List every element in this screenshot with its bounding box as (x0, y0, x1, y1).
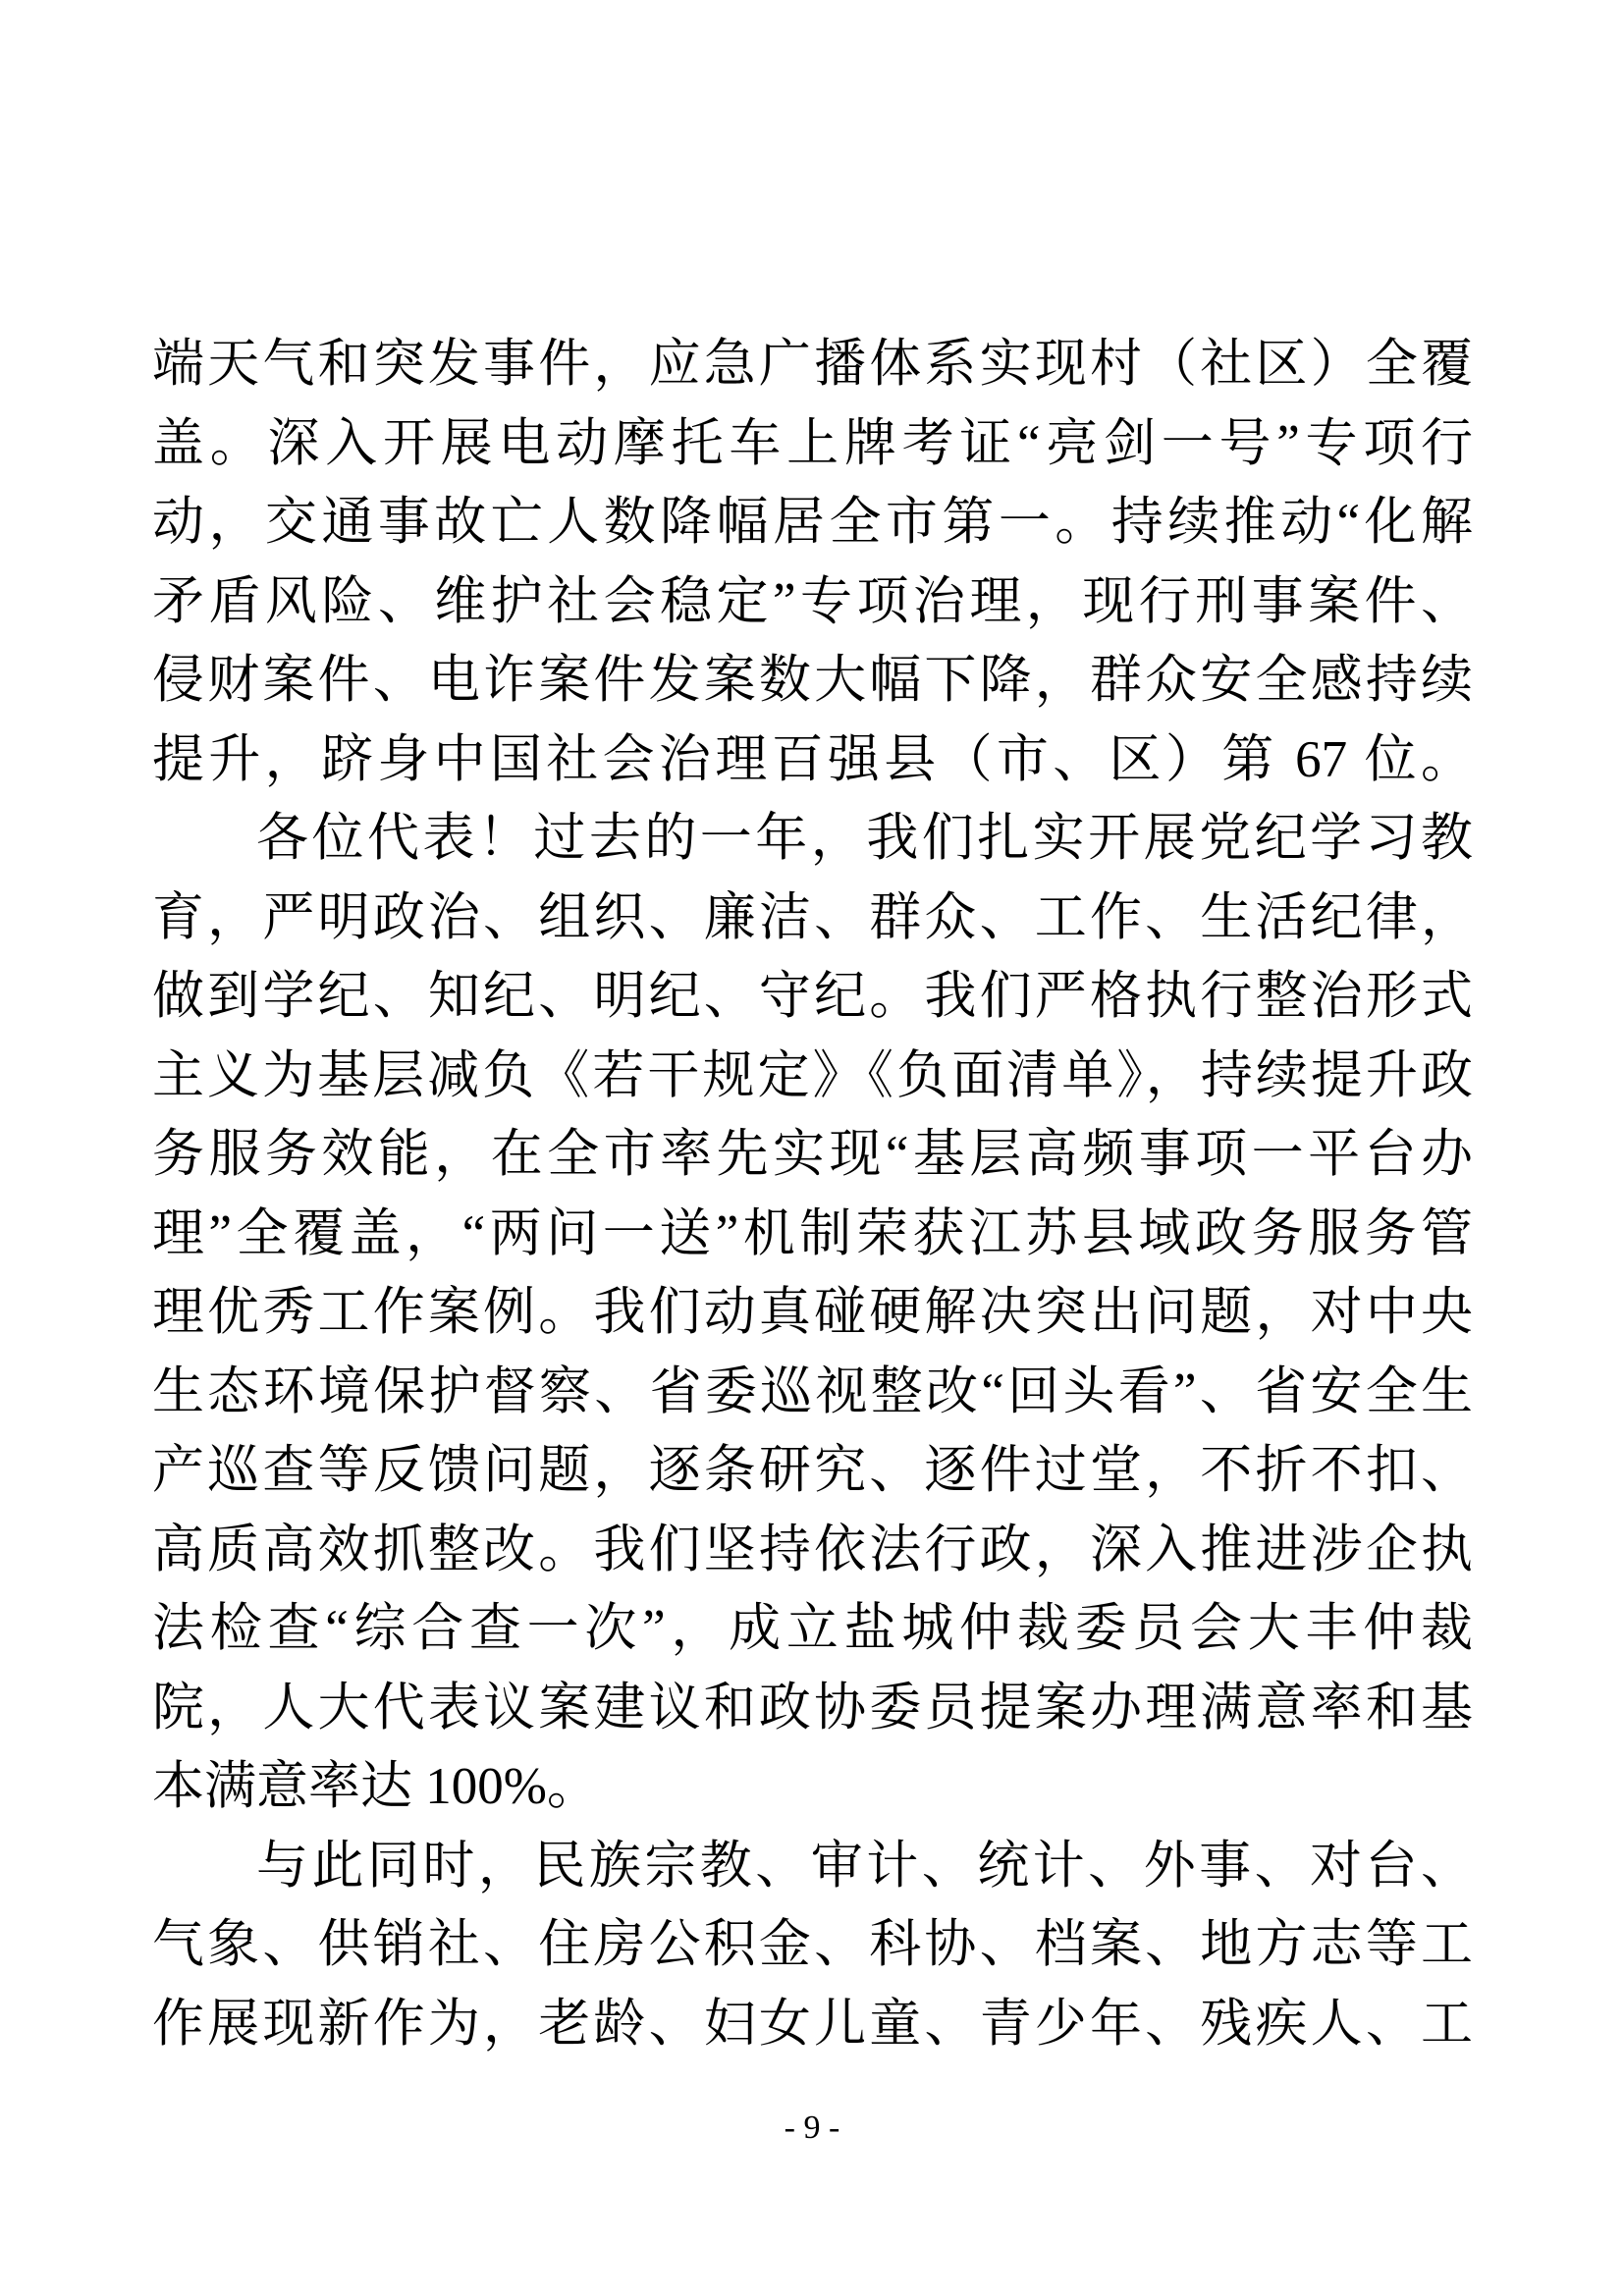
body-line: 法检查“综合查一次”，成立盐城仲裁委员会大丰仲裁 (152, 1589, 1473, 1669)
body-line: 气象、供销社、住房公积金、科协、档案、地方志等工 (152, 1905, 1473, 1985)
body-line: 育，严明政治、组织、廉洁、群众、工作、生活纪律， (152, 879, 1473, 958)
body-line: 盖。深入开展电动摩托车上牌考证“亮剑一号”专项行 (152, 404, 1473, 484)
body-line: 作展现新作为，老龄、妇女儿童、青少年、残疾人、工 (152, 1985, 1473, 2064)
body-line: 生态环境保护督察、省委巡视整改“回头看”、省安全生 (152, 1353, 1473, 1432)
body-line-paragraph-start: 各位代表！过去的一年，我们扎实开展党纪学习教 (152, 799, 1473, 879)
body-line: 理”全覆盖，“两问一送”机制荣获江苏县域政务服务管 (152, 1195, 1473, 1274)
body-line: 做到学纪、知纪、明纪、守纪。我们严格执行整治形式 (152, 957, 1473, 1037)
body-line: 侵财案件、电诈案件发案数大幅下降，群众安全感持续 (152, 641, 1473, 721)
body-line: 务服务效能，在全市率先实现“基层高频事项一平台办 (152, 1115, 1473, 1195)
body-line-paragraph-start: 与此同时，民族宗教、审计、统计、外事、对台、 (152, 1827, 1473, 1906)
body-line: 理优秀工作案例。我们动真碰硬解决突出问题，对中央 (152, 1273, 1473, 1353)
body-line: 主义为基层减负《若干规定》《负面清单》，持续提升政 (152, 1037, 1473, 1116)
body-line: 端天气和突发事件，应急广播体系实现村（社区）全覆 (152, 325, 1473, 404)
body-line: 提升，跻身中国社会治理百强县（市、区）第 67 位。 (152, 721, 1473, 800)
body-line: 动，交通事故亡人数降幅居全市第一。持续推动“化解 (152, 483, 1473, 562)
body-line: 高质高效抓整改。我们坚持依法行政，深入推进涉企执 (152, 1511, 1473, 1590)
document-body: 端天气和突发事件，应急广播体系实现村（社区）全覆 盖。深入开展电动摩托车上牌考证… (152, 325, 1473, 2063)
body-line: 院，人大代表议案建议和政协委员提案办理满意率和基 (152, 1669, 1473, 1748)
document-page: 端天气和突发事件，应急广播体系实现村（社区）全覆 盖。深入开展电动摩托车上牌考证… (0, 0, 1624, 2296)
page-number: - 9 - (0, 2109, 1624, 2148)
body-line: 矛盾风险、维护社会稳定”专项治理，现行刑事案件、 (152, 562, 1473, 642)
body-line-paragraph-end: 本满意率达 100%。 (152, 1747, 1473, 1827)
body-line: 产巡查等反馈问题，逐条研究、逐件过堂，不折不扣、 (152, 1431, 1473, 1511)
